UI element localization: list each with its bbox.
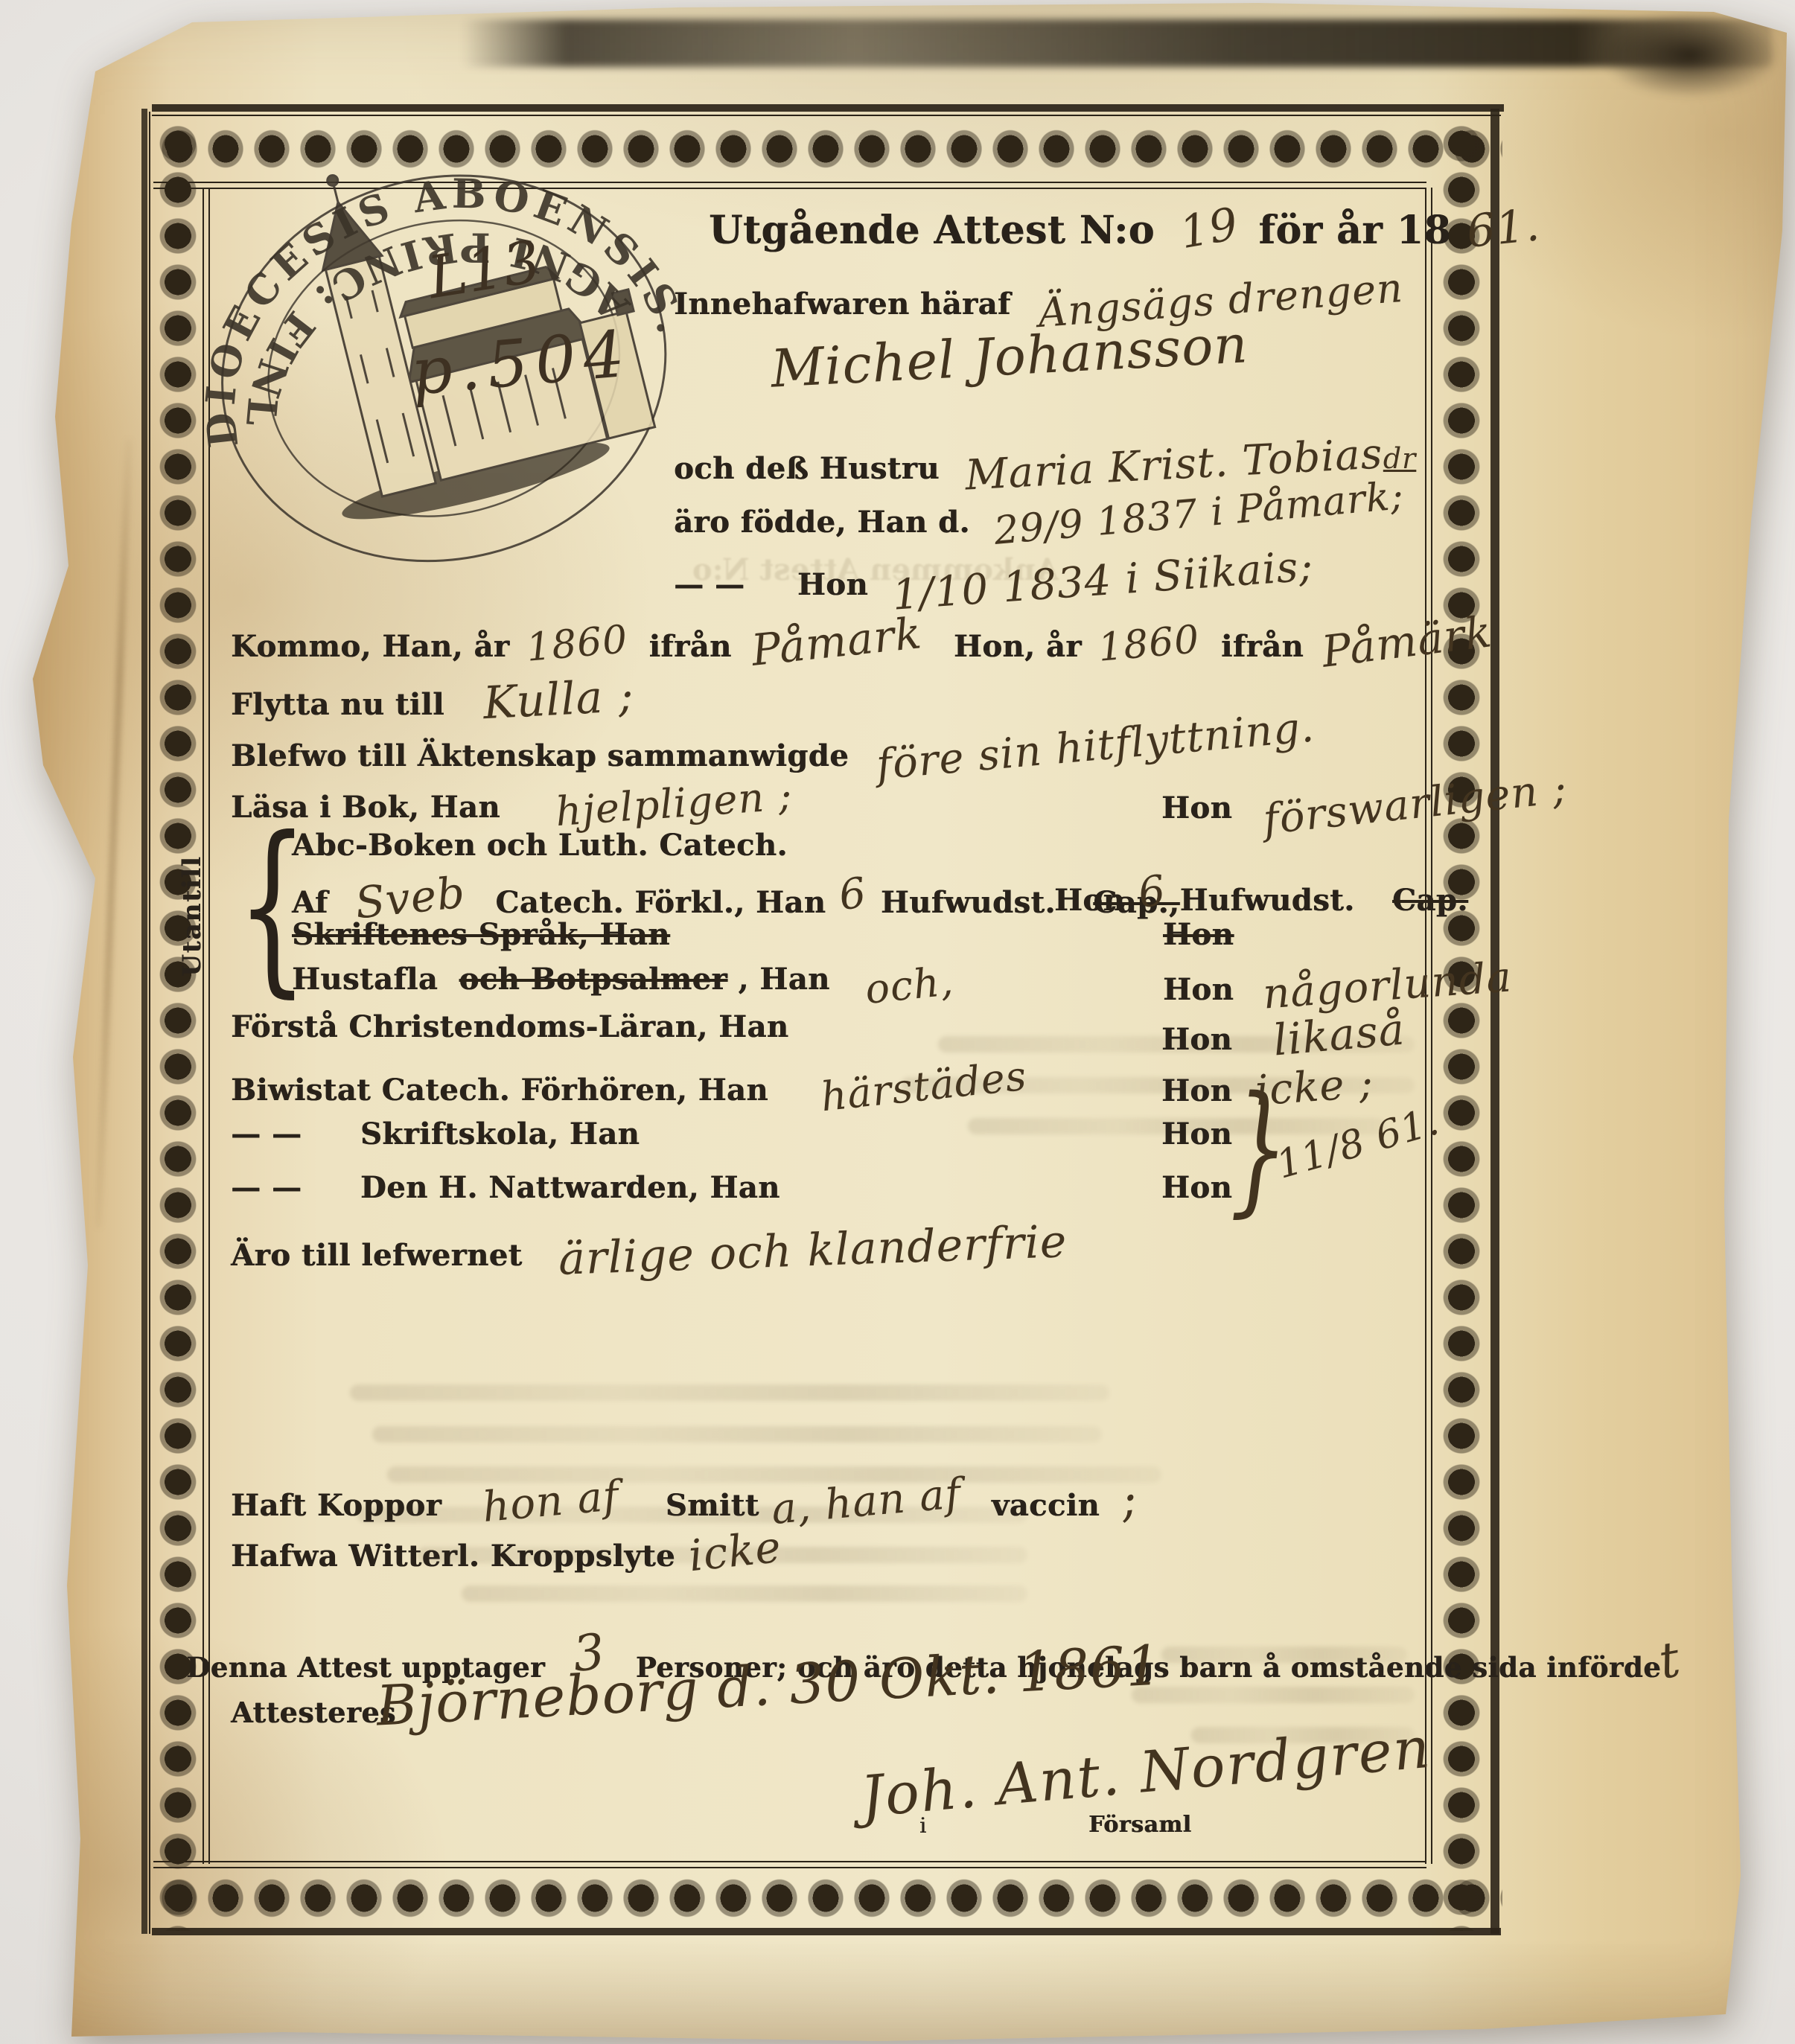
paper-crease (95, 439, 133, 1228)
attesteres-label: Attesteres (231, 1696, 396, 1729)
vigde-handwritten: före sin hitflyttning. (874, 703, 1316, 789)
kroppslyte-label: Hafwa Witterl. Kroppslyte (231, 1539, 675, 1574)
lefwernet-label: Äro till lefwernet (231, 1238, 523, 1273)
hustafla-label: Hustafla (292, 962, 438, 997)
lasa-hon-group: Hon förswarligen ; (1161, 780, 1567, 828)
catech-forkl-label: Catech. Förkl., Han (495, 885, 826, 920)
kommo-han-year-handwritten: 1860 (524, 617, 629, 671)
name-handwritten: Michel Johansson (769, 313, 1249, 399)
frame-inner-rule-right (1425, 188, 1426, 1864)
forsta-hon-handwritten: likaså (1271, 1003, 1406, 1065)
skriftenes-struck-label: Skriftenes Språk, Han (292, 917, 670, 952)
attest-title-label: Utgående Attest N:o (709, 208, 1155, 253)
biwistat-row: Biwistat Catech. Förhören, Han härstädes… (231, 1063, 1027, 1110)
paper-wrap: Ankommen Attest N:o (0, 0, 1795, 2044)
hon-label: Hon (1161, 1022, 1232, 1057)
born-hon-row: — — Hon 1/10 1834 i Siikais; (674, 557, 1314, 605)
attesteres-row: Attesteres (231, 1696, 396, 1729)
nattwarden-hon-label: Hon (1161, 1170, 1232, 1205)
wife-handwritten-suffix: dr (1383, 442, 1417, 475)
af-row: Af Sveb Catech. Förkl., Han 6 Hufwudst. … (292, 872, 1179, 923)
born-hon-label: Hon (797, 567, 868, 602)
skriftenes-struck-hon: Hon (1163, 917, 1234, 952)
vigde-row: Blefwo till Äktenskap sammanwigde före s… (231, 728, 1316, 776)
vigde-label: Blefwo till Äktenskap sammanwigde (231, 738, 849, 773)
hon-label: Hon (1163, 972, 1234, 1007)
born-han-label: äro födde, Han d. (674, 505, 970, 540)
dash-marks: — — (231, 1117, 302, 1152)
attest-title-row: Utgående Attest N:o 19 för år 18 61. (709, 202, 1540, 255)
footer-i-label: i (919, 1813, 926, 1838)
han-6-handwritten: 6 (836, 869, 870, 920)
abc-row: Abc-Boken och Luth. Catech. (292, 828, 788, 863)
af-hon-group: Hon 6 Hufwudst. Cap. (1054, 872, 1468, 921)
forsta-hon-group: Hon likaså (1161, 1009, 1405, 1060)
born-han-row: äro födde, Han d. 29/9 1837 i Påmark; (674, 497, 1405, 542)
bleedthrough-smudge (462, 1585, 1027, 1602)
frame-inner-rule-bottom2 (153, 1867, 1426, 1868)
hustafla-row: Hustafla och Botpsalmer , Han och, Hon n… (292, 962, 830, 997)
attest-year-handwritten: 61. (1464, 199, 1542, 258)
hon-label: Hon (1054, 883, 1125, 918)
smitta-label: Smitt (666, 1488, 759, 1523)
hon-label: Hon (1161, 791, 1232, 825)
document-photo: Ankommen Attest N:o (0, 0, 1795, 2044)
hustafla-han-handwritten: och, (863, 957, 956, 1013)
footer-forsaml-label: Församl (1088, 1812, 1191, 1838)
vaccin-label: vaccin (992, 1488, 1100, 1523)
hufwudst-label: Hufwudst. (881, 885, 1056, 920)
kommo-row: Kommo, Han, år 1860 ifrån Påmark Hon, år… (231, 616, 1493, 667)
hustafla-hon-group: Hon någorlunda (1163, 962, 1512, 1010)
utantill-vertical-label: Utantill (177, 855, 207, 977)
flytta-label: Flytta nu till (231, 687, 444, 722)
koppor-label: Haft Koppor (231, 1488, 441, 1523)
frame-inner-rule-bottom (153, 1861, 1426, 1862)
koppor-hon-handwritten: hon af (480, 1472, 621, 1532)
kroppslyte-row: Hafwa Witterl. Kroppslyte icke (231, 1526, 782, 1577)
bleedthrough-smudge (1132, 1687, 1415, 1703)
kommo-label: Kommo, Han, år (231, 629, 509, 664)
bleedthrough-smudge (372, 1426, 1102, 1443)
bleedthrough-smudge (350, 1385, 1109, 1401)
frame-outer-rule-bottom (152, 1928, 1501, 1935)
attest-number-handwritten: 19 (1176, 198, 1243, 260)
corner-ink-smudge (1601, 12, 1779, 98)
attest-year-label: för år 18 (1258, 208, 1451, 253)
koppor-row: Haft Koppor hon af Smitt a, han af vacci… (231, 1472, 1138, 1527)
dash-marks: — — (674, 567, 745, 602)
frame-inner-rule-right2 (1431, 188, 1432, 1864)
botpsalmer-struck-label: och Botpsalmer (459, 962, 727, 997)
ifran-label: ifrån (1221, 629, 1304, 664)
holder-row: Innehafwaren häraf Ängsägs drengen (674, 277, 1403, 324)
frame-outer-rule-left (141, 109, 147, 1934)
kommo-han-place-handwritten: Påmark (749, 607, 924, 676)
lasa-row: Läsa i Bok, Han hjelpligen ; Hon förswar… (231, 780, 793, 827)
nattwarden-label: Den H. Nattwarden, Han (360, 1170, 780, 1205)
wife-label: och deß Hustru (674, 451, 940, 486)
holder-label: Innehafwaren häraf (674, 287, 1011, 322)
forsta-row: Förstå Christendoms-Läran, Han Hon likas… (231, 1009, 788, 1044)
skriftskola-hon-label: Hon (1161, 1117, 1232, 1152)
rosette-border-bottom (152, 1870, 1502, 1926)
kommo-hon-label: Hon, år (954, 629, 1082, 664)
af-label: Af (292, 885, 328, 920)
skriftskola-row: — — Skriftskola, Han Hon (231, 1117, 640, 1152)
cap-struck-label: Cap. (1392, 883, 1468, 918)
nattwarden-row: — — Den H. Nattwarden, Han Hon (231, 1170, 780, 1205)
top-ink-smudge (462, 19, 1772, 67)
abc-label: Abc-Boken och Luth. Catech. (292, 828, 788, 863)
skriftskola-label: Skriftskola, Han (360, 1117, 640, 1152)
forsta-label: Förstå Christendoms-Läran, Han (231, 1009, 788, 1044)
han-label: , Han (738, 962, 829, 997)
kommo-hon-place-handwritten: Påmärk (1319, 606, 1495, 677)
hon-6-handwritten: 6 (1135, 866, 1168, 918)
biwistat-han-handwritten: härstädes (819, 1053, 1030, 1121)
attest-paper: Ankommen Attest N:o (0, 0, 1795, 2044)
hufwudst-label: Hufwudst. (1180, 883, 1355, 918)
dash-marks: — — (231, 1170, 302, 1205)
kroppslyte-handwritten: icke (686, 1521, 784, 1582)
flytta-row: Flytta nu till Kulla ; (231, 674, 634, 726)
ifran-label: ifrån (649, 629, 732, 664)
frame-outer-rule-top (152, 104, 1504, 112)
skriftenes-row: Skriftenes Språk, Han Hon (292, 917, 670, 952)
flytta-handwritten: Kulla ; (482, 670, 636, 730)
lefwernet-handwritten: ärlige och klanderfrie (558, 1216, 1068, 1286)
hon-label: Hon (1161, 1073, 1232, 1108)
koppor-han-handwritten: a, han af (770, 1469, 963, 1534)
biwistat-label: Biwistat Catech. Förhören, Han (231, 1073, 768, 1108)
lefwernet-row: Äro till lefwernet ärlige och klanderfri… (231, 1224, 1067, 1277)
frame-thin-rule-top (152, 115, 1501, 116)
lasa-han-handwritten: hjelpligen ; (555, 772, 794, 835)
kommo-hon-year-handwritten: 1860 (1097, 617, 1202, 671)
